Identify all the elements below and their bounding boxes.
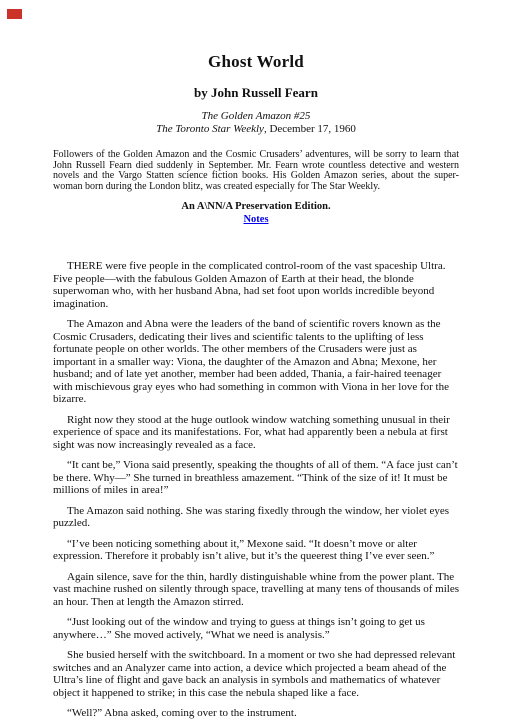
story-paragraph: Again silence, save for the thin, hardly… xyxy=(53,571,459,609)
story-paragraph: THERE were five people in the complicate… xyxy=(53,260,459,310)
story-paragraph: She busied herself with the switchboard.… xyxy=(53,649,459,699)
series-title-line: The Golden Amazon #25 xyxy=(53,110,459,123)
notes-line: Notes xyxy=(53,214,459,225)
story-paragraph: “It cant be,” Viona said presently, spea… xyxy=(53,459,459,497)
publication-line: The Toronto Star Weekly, December 17, 19… xyxy=(53,123,459,136)
story-paragraph: “Just looking out of the window and tryi… xyxy=(53,616,459,641)
document-page: Ghost World by John Russell Fearn The Go… xyxy=(0,0,512,720)
publication-date: , December 17, 1960 xyxy=(264,123,356,135)
story-paragraph: The Amazon said nothing. She was staring… xyxy=(53,505,459,530)
book-byline: by John Russell Fearn xyxy=(53,85,459,101)
story-paragraph: Right now they stood at the huge outlook… xyxy=(53,414,459,452)
story-paragraph: “Well?” Abna asked, coming over to the i… xyxy=(53,707,459,720)
notes-link[interactable]: Notes xyxy=(243,214,268,225)
series-title: The Golden Amazon #25 xyxy=(202,110,311,122)
red-marker xyxy=(7,9,22,19)
publisher-obituary-note: Followers of the Golden Amazon and the C… xyxy=(53,150,459,192)
book-title: Ghost World xyxy=(53,52,459,72)
edition-note: An A\NN/A Preservation Edition. xyxy=(53,201,459,212)
story-paragraph: “I’ve been noticing something about it,”… xyxy=(53,538,459,563)
series-info: The Golden Amazon #25 The Toronto Star W… xyxy=(53,110,459,136)
publication-name: The Toronto Star Weekly xyxy=(156,123,264,135)
story-body: THERE were five people in the complicate… xyxy=(53,260,459,720)
story-paragraph: The Amazon and Abna were the leaders of … xyxy=(53,318,459,406)
